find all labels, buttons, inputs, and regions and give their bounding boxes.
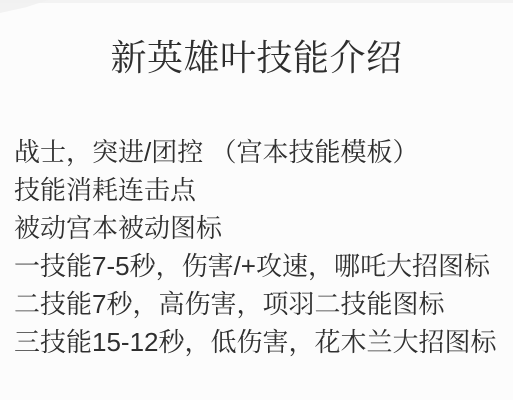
- body-text: 战士，突进/团控 （宫本技能模板） 技能消耗连击点 被动宫本被动图标 一技能7-…: [14, 133, 507, 361]
- text-line-passive: 被动宫本被动图标: [14, 209, 507, 247]
- text-line-role: 战士，突进/团控 （宫本技能模板）: [14, 133, 507, 171]
- top-left-smudge: [0, 0, 48, 13]
- text-line-skill2: 二技能7秒，高伤害，项羽二技能图标: [14, 285, 507, 323]
- text-line-combo-cost: 技能消耗连击点: [14, 171, 507, 209]
- post-image: 新英雄叶技能介绍 战士，突进/团控 （宫本技能模板） 技能消耗连击点 被动宫本被…: [0, 0, 513, 400]
- text-line-skill3: 三技能15-12秒，低伤害，花木兰大招图标: [14, 323, 507, 361]
- page-title: 新英雄叶技能介绍: [8, 36, 505, 80]
- top-edge-strip: [0, 0, 513, 3]
- text-line-skill1: 一技能7-5秒，伤害/+攻速，哪吒大招图标: [14, 247, 507, 285]
